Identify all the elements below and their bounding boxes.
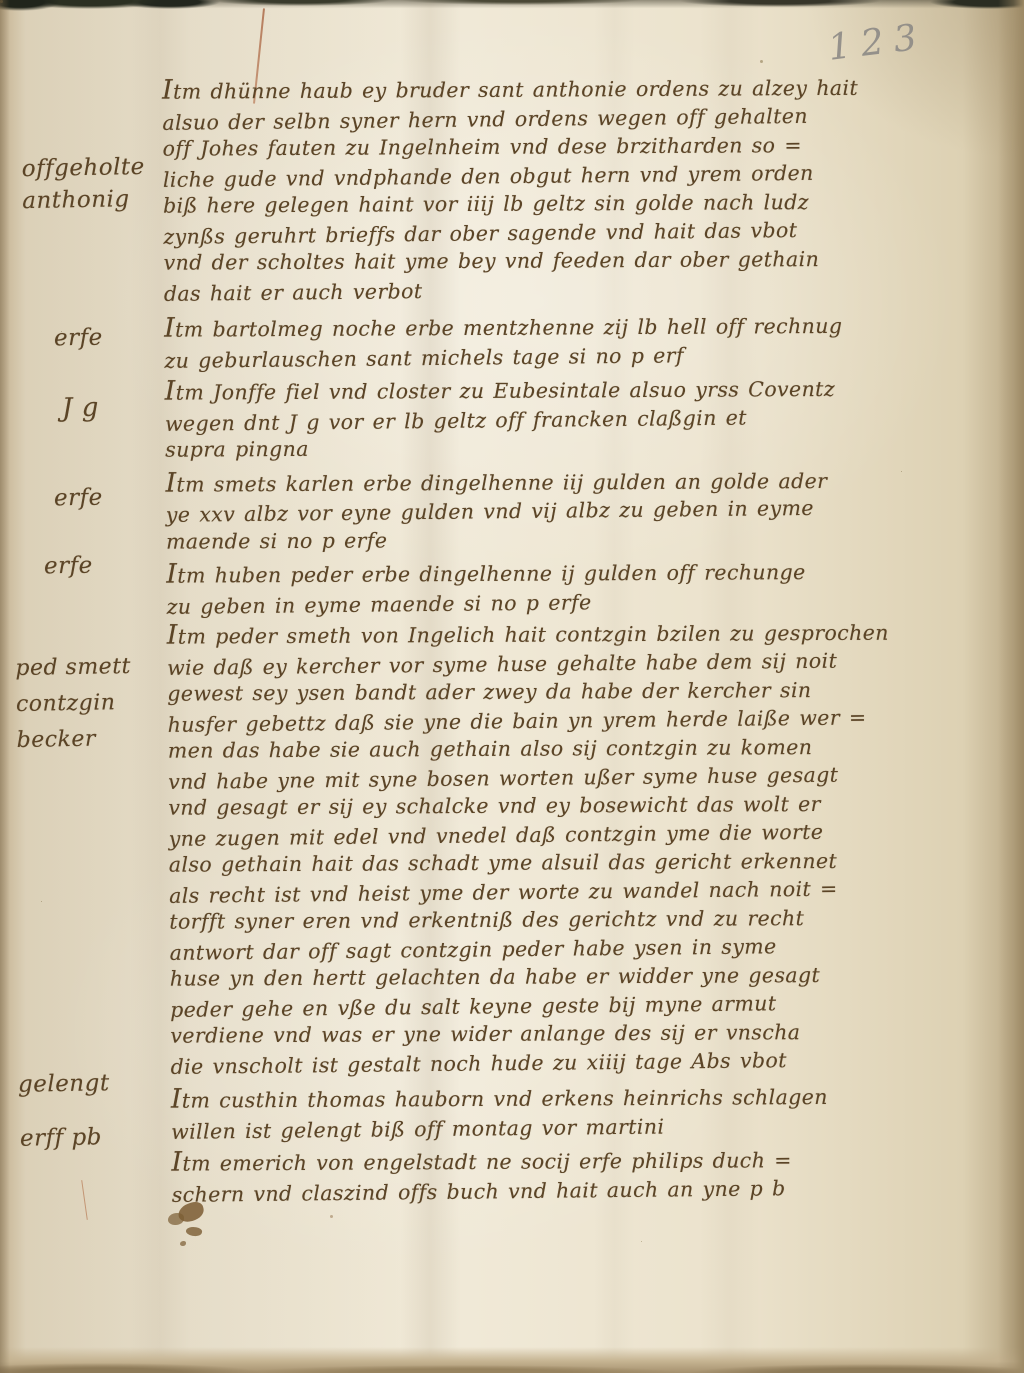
- margin-note: offgeholteanthonig: [21, 151, 145, 217]
- text-line: maende si no p erfe: [166, 522, 1011, 555]
- margin-note: ped smettcontzginbecker: [15, 649, 132, 759]
- margin-note-line: ped smett: [15, 649, 131, 687]
- text-line: supra pingna: [165, 431, 1010, 464]
- paragraph: Itm dhünne haub ey bruder sant anthonie …: [162, 71, 1009, 307]
- margin-note-line: J g: [62, 392, 99, 425]
- margin-note: erfe: [54, 482, 103, 515]
- margin-note-line: offgeholte: [21, 151, 145, 185]
- margin-note-line: erfe: [54, 322, 103, 355]
- margin-note: gelengt: [18, 1067, 110, 1101]
- page-edge-left: [0, 0, 10, 1373]
- page-edge-bottom-torn: [0, 1347, 1024, 1373]
- paper-specks: [0, 0, 3, 3]
- margin-note: erff pb: [20, 1121, 102, 1154]
- margin-note-line: erfe: [44, 550, 93, 583]
- paper-fibre: [81, 1180, 88, 1220]
- margin-note-line: erff pb: [20, 1121, 102, 1154]
- margin-note-line: anthonig: [22, 183, 146, 217]
- margin-note: J g: [62, 392, 99, 425]
- margin-note-line: gelengt: [18, 1067, 110, 1101]
- margin-note: erfe: [54, 322, 103, 355]
- margin-note: erfe: [44, 550, 93, 583]
- paragraph: Itm smets karlen erbe dingelhenne iij gu…: [165, 463, 1011, 557]
- paragraph: Itm Jonffe fiel vnd closter zu Eubesinta…: [165, 372, 1011, 466]
- paragraph: Itm peder smeth von Ingelich hait contzg…: [167, 616, 1016, 1080]
- manuscript-page: 123 Itm dhünne haub ey bruder sant antho…: [0, 0, 1024, 1373]
- paragraph: Itm emerich von engelstadt ne socij erfe…: [171, 1143, 1016, 1208]
- margin-note-line: becker: [16, 721, 132, 759]
- text-block: Itm dhünne haub ey bruder sant anthonie …: [162, 71, 1017, 1208]
- paragraph: Itm bartolmeg noche erbe mentzhenne zij …: [164, 309, 1009, 374]
- margin-note-line: contzgin: [16, 685, 132, 723]
- paragraph: Itm huben peder erbe dingelhenne ij guld…: [166, 555, 1011, 620]
- page-edge-top: [0, 0, 1024, 12]
- paragraph: Itm custhin thomas hauborn vnd erkens he…: [171, 1080, 1016, 1145]
- ink-blot: [168, 1203, 214, 1251]
- margin-note-line: erfe: [54, 482, 103, 515]
